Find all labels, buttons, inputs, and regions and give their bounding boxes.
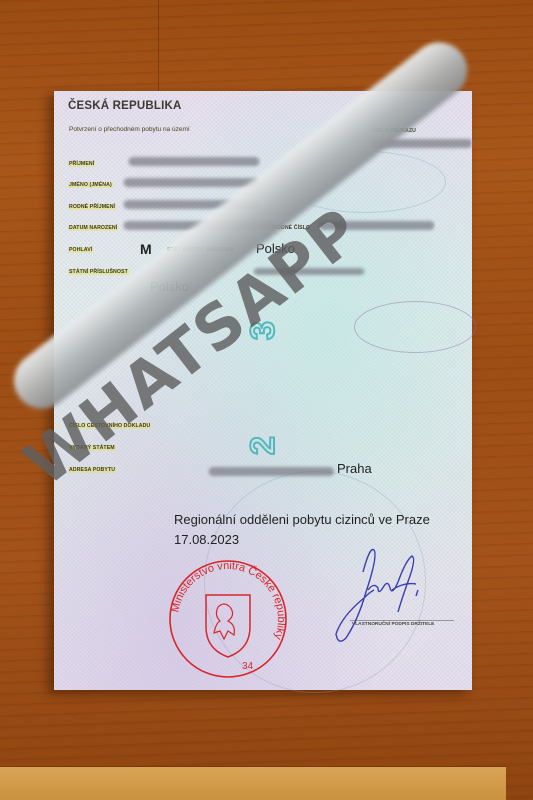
sex-label: POHLAVÍ (68, 247, 93, 253)
wood-plank-seam (158, 0, 159, 92)
address-city: Praha (337, 461, 372, 476)
coat-of-arms-shield-icon (206, 595, 250, 657)
given-names-label: JMÉNO (JMÉNA) (68, 182, 113, 188)
security-digit: 2 (244, 436, 283, 455)
surname-label: PŘÍJMENÍ (68, 161, 95, 167)
wood-edge-strip (0, 766, 506, 800)
stamp-number: 34 (242, 661, 254, 672)
sex-value: M (140, 241, 152, 257)
document-subtitle: Potvrzení o přechodném pobytu na území (69, 126, 190, 133)
issue-date: 17.08.2023 (174, 532, 239, 547)
surname-redacted (129, 157, 259, 166)
birth-date-label: DATUM NAROZENÍ (68, 225, 118, 231)
svg-text:Ministerstvo vnitra České repu: Ministerstvo vnitra České republiky (169, 560, 287, 642)
address-redacted (209, 467, 334, 476)
lion-icon (214, 604, 234, 639)
issuing-office: Regionální odděleni pobytu cizinců ve Pr… (174, 512, 430, 527)
signature-line (350, 620, 454, 621)
country-title: ČESKÁ REPUBLIKA (68, 100, 182, 112)
guilloche-pattern (354, 301, 476, 353)
stamp-text: Ministerstvo vnitra České republiky (169, 560, 287, 642)
handwritten-signature (318, 542, 438, 642)
official-stamp: Ministerstvo vnitra České republiky 34 (166, 557, 290, 681)
signature-label: VLASTNORUČNÍ PODPIS DRŽITELE (352, 622, 434, 627)
birth-surname-label: RODNÉ PŘÍJMENÍ (68, 204, 116, 210)
given-names-redacted (124, 178, 259, 187)
citizenship-label: STÁTNÍ PŘÍSLUŠNOST (68, 269, 129, 275)
